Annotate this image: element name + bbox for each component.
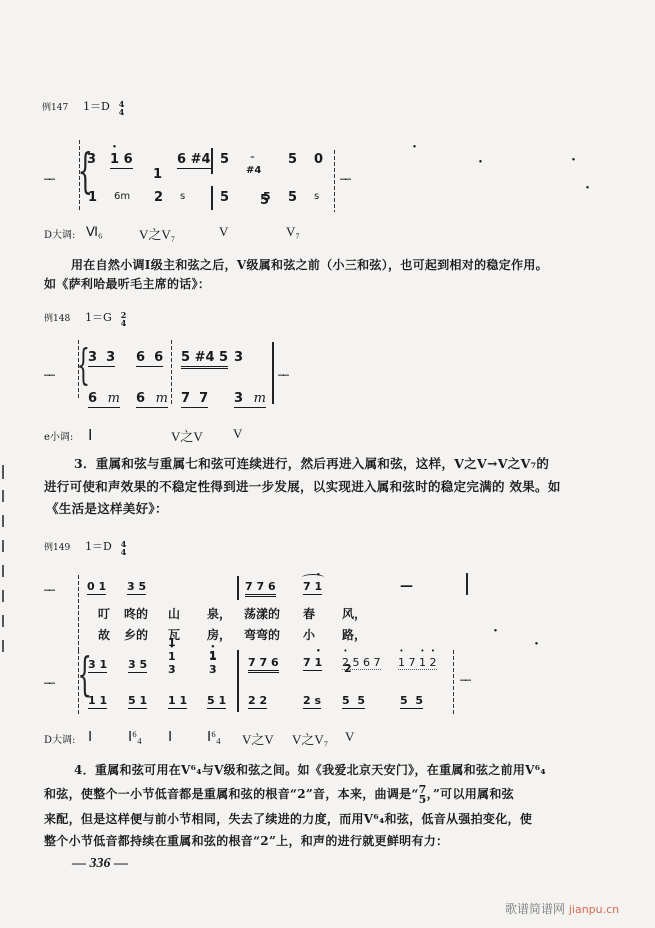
- barline: [211, 186, 213, 210]
- lyric: 乡的: [124, 626, 148, 643]
- example-147: 例147 1＝D 4 4 …… { 3 1 6 1 6 #4 5 #4 ⁼ 5 …: [0, 0, 655, 56]
- paragraph-line: 来配，但是这样便与前小节相同，失去了续进的力度，而用V⁶₄和弦，低音从强拍变化，…: [44, 808, 532, 830]
- key-signature: 1＝G: [85, 311, 112, 324]
- chord-symbol: Ⅰ⁶₄: [128, 729, 142, 746]
- note-group: 0 1: [87, 580, 106, 595]
- note: 3: [234, 350, 243, 365]
- binding-mark: [2, 615, 4, 627]
- system-end-line: [453, 650, 454, 714]
- chord-symbol: Ⅰ: [88, 729, 92, 746]
- lyric: 荡漾的: [244, 605, 280, 622]
- time-sig-bottom: 4: [121, 548, 127, 556]
- example-number: 例149: [44, 543, 70, 553]
- example-label: 例149 1＝D 4 4: [44, 538, 126, 556]
- paragraph-line: 整个小节低音都持续在重属和弦的根音“2”上，和声的进行就更鲜明有力：: [44, 830, 448, 852]
- note-group: 6 6: [136, 350, 163, 367]
- tail-dots: ……: [278, 368, 288, 379]
- note: 1: [88, 190, 97, 205]
- note: 1: [110, 152, 119, 167]
- rest: 0: [314, 152, 323, 167]
- chord-stack: 13: [168, 650, 176, 676]
- chord-symbol: V之V: [171, 426, 203, 445]
- lyric: 小: [303, 626, 315, 643]
- note-group: 5 #4 5: [181, 350, 228, 369]
- note: 1: [168, 636, 655, 649]
- chord-symbol: Ⅰ: [168, 729, 172, 746]
- chord-stack: 13: [209, 650, 217, 676]
- binding-mark: [2, 515, 4, 527]
- watermark-url: jianpu.cn: [569, 903, 619, 916]
- key-signature: 1＝D: [85, 540, 112, 553]
- binding-mark: [2, 540, 4, 552]
- chord-symbol: Ⅰ: [88, 426, 92, 445]
- note-group: 3 3: [88, 350, 115, 367]
- time-sig-bottom: 4: [119, 108, 125, 116]
- barline: [171, 340, 172, 404]
- lead-dots: ……: [44, 676, 54, 687]
- binding-mark: [2, 465, 4, 479]
- example-label: 例147 1＝D 4 4: [42, 98, 124, 116]
- lyric: 春: [303, 605, 315, 622]
- paragraph-line: 如《萨利哈最听毛主席的话》：: [44, 273, 210, 295]
- system-start-line: [78, 575, 79, 650]
- note-group: 7 1: [303, 656, 322, 671]
- note-group: 3 m: [234, 391, 266, 408]
- barline: [466, 573, 468, 595]
- example-label: 例148 1＝G 2 4: [44, 309, 126, 327]
- chord-symbol: V: [233, 426, 242, 442]
- note-group: 5 1: [207, 694, 226, 709]
- note: s: [180, 191, 185, 202]
- note-group: 6 #4: [177, 152, 211, 169]
- lead-dots: ……: [44, 583, 54, 594]
- note-group: 7 7: [181, 391, 208, 408]
- example-number: 例148: [44, 314, 70, 324]
- inline-fraction: 75: [419, 785, 427, 805]
- note-group: 2 2: [248, 694, 267, 709]
- chord-symbol: V之V₇: [139, 224, 175, 243]
- grace-note: #4: [246, 165, 655, 176]
- system-start-line: [78, 650, 79, 715]
- example-number: 例147: [42, 103, 68, 113]
- harmony-key-label: e小调:: [44, 428, 73, 443]
- chord-symbol: V之V: [242, 729, 274, 748]
- tail-dots: ……: [340, 172, 350, 183]
- note-group: 2 s: [303, 694, 321, 709]
- time-signature: 2 4: [121, 311, 127, 327]
- paragraph-line: 和弦，使整个一小节低音都是重属和弦的根音“2”音，本来，曲调是“75，”可以用属…: [44, 783, 514, 805]
- lyric: 故: [98, 626, 110, 643]
- barline: [211, 148, 213, 174]
- note-group: 5 5: [342, 694, 365, 709]
- grace-mark: ⁼: [250, 154, 255, 164]
- example-149: 例149 1＝D 4 4 …… 0 1 3 5 1 1 7 7 6 7 1 2 …: [0, 56, 655, 95]
- lyric: 山: [168, 605, 180, 622]
- note-group: 2 5 6 7: [342, 656, 381, 670]
- binding-mark: [2, 565, 4, 577]
- lyric: 咚的: [124, 605, 148, 622]
- note-group: 1 6: [110, 152, 133, 169]
- chord-symbol: V之V₇: [292, 729, 328, 748]
- note-group: 7 7 6: [245, 580, 276, 597]
- note-group: 3 5: [127, 580, 146, 595]
- note-group: 6 m: [136, 391, 168, 408]
- lyric: 路，: [342, 626, 366, 643]
- note-group: 3 5: [128, 658, 147, 673]
- note-group: 5 5: [400, 694, 423, 709]
- lyric: 风，: [342, 605, 366, 622]
- chord-symbol: V: [219, 224, 228, 240]
- note: 6m: [114, 191, 130, 202]
- note-group: 1 1: [88, 694, 107, 709]
- note: 2: [154, 190, 163, 205]
- paragraph-line: 《生活是这样美好》：: [46, 498, 168, 520]
- paragraph-line: 进行可使和声效果的不稳定性得到进一步发展，以实现进入属和弦时的稳定完满的 效果。…: [44, 476, 561, 498]
- note-group: 5 1: [128, 694, 147, 709]
- time-signature: 4 4: [121, 540, 127, 556]
- note: s: [314, 191, 319, 202]
- note: 5: [220, 190, 229, 205]
- page-number: — 336 —: [72, 856, 128, 872]
- lead-dots: ……: [44, 172, 54, 183]
- note: 5: [288, 152, 297, 167]
- note: 5: [220, 152, 229, 167]
- text-run: ，”可以用属和弦: [427, 787, 514, 801]
- harmony-key-label: D大调:: [44, 731, 75, 746]
- tail-dots: ……: [460, 673, 470, 684]
- key-signature: 1＝D: [83, 100, 110, 113]
- note-group: 1 7 1 2: [398, 656, 437, 670]
- chord-symbol: Ⅰ⁶₄: [207, 729, 221, 746]
- note-group: 7 7 6: [248, 656, 279, 673]
- note: 5: [288, 190, 297, 205]
- note-group: 1 1: [168, 694, 187, 709]
- binding-mark: [2, 640, 4, 652]
- paragraph-line: 3．重属和弦与重属七和弦可连续进行，然后再进入属和弦，这样，V之V→V之V₇的: [74, 453, 549, 475]
- fraction-bottom: 5: [419, 795, 427, 805]
- end-barline: [272, 342, 274, 404]
- dash: —: [400, 579, 413, 594]
- note-group: 7 1: [303, 580, 322, 595]
- paragraph-line: 4．重属和弦可用在V⁶₄与V级和弦之间。如《我爱北京天安门》，在重属和弦之前用V…: [74, 759, 546, 781]
- chord-symbol: V: [345, 729, 354, 745]
- system-end-line: [334, 150, 335, 212]
- note: 2: [344, 662, 655, 675]
- note-group: 6 m: [88, 391, 120, 408]
- watermark: 歌谱简谱网 jianpu.cn: [505, 900, 619, 917]
- barline: [237, 650, 239, 712]
- note-group: 3 1: [88, 658, 107, 673]
- note: 5: [260, 193, 655, 208]
- note: 5: [263, 190, 271, 203]
- binding-mark: [2, 490, 4, 502]
- system-start-line: [79, 140, 80, 210]
- watermark-text: 歌谱简谱网: [505, 902, 565, 916]
- lyric: 泉，: [207, 605, 231, 622]
- barline: [237, 576, 239, 600]
- system-start-line: [78, 340, 79, 400]
- time-signature: 4 4: [119, 100, 125, 116]
- lyric: 叮: [98, 605, 110, 622]
- lyric: 弯弯的: [244, 626, 280, 643]
- chord-symbol: V₇: [286, 224, 300, 240]
- binding-mark: [2, 590, 4, 602]
- harmony-key-label: D大调:: [44, 226, 75, 241]
- chord-symbol: Ⅵ₆: [86, 224, 103, 240]
- lead-dots: ……: [44, 368, 54, 379]
- time-sig-bottom: 4: [121, 319, 127, 327]
- text-run: 和弦，使整个一小节低音都是重属和弦的根音“2”音，本来，曲调是“: [44, 787, 419, 801]
